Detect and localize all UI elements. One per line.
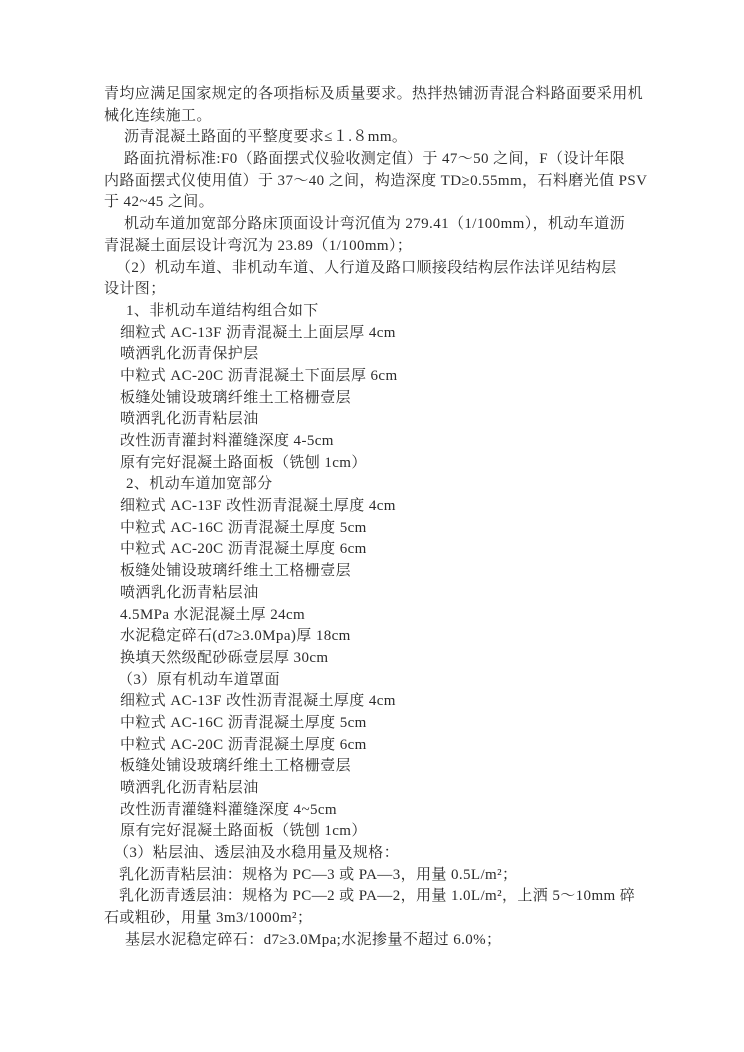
document-line: 喷洒乳化沥青粘层油: [104, 778, 660, 800]
document-line: 械化连续施工。: [104, 106, 660, 128]
document-line: 青均应满足国家规定的各项指标及质量要求。热拌热铺沥青混合料路面要采用机: [104, 84, 660, 106]
document-line: 换填天然级配砂砾壹层厚 30cm: [104, 648, 660, 670]
document-line: 喷洒乳化沥青粘层油: [104, 583, 660, 605]
document-line: 于 42~45 之间。: [104, 192, 660, 214]
document-line: （3）粘层油、透层油及水稳用量及规格：: [104, 843, 660, 865]
document-line: 路面抗滑标准:F0（路面摆式仪验收测定值）于 47～50 之间，F（设计年限: [104, 149, 660, 171]
document-line: 水泥稳定碎石(d7≥3.0Mpa)厚 18cm: [104, 626, 660, 648]
document-line: 中粒式 AC-16C 沥青混凝土厚度 5cm: [104, 713, 660, 735]
document-line: 板缝处铺设玻璃纤维土工格栅壹层: [104, 756, 660, 778]
document-line: 内路面摆式仪使用值）于 37～40 之间，构造深度 TD≥0.55mm，石料磨光…: [104, 171, 660, 193]
document-line: 乳化沥青透层油：规格为 PC—2 或 PA—2，用量 1.0L/m²，上洒 5～…: [104, 886, 660, 908]
document-line: 设计图；: [104, 279, 660, 301]
document-line: 机动车道加宽部分路床顶面设计弯沉值为 279.41（1/100mm），机动车道沥: [104, 214, 660, 236]
document-line: 原有完好混凝土路面板（铣刨 1cm）: [104, 821, 660, 843]
document-line: 中粒式 AC-20C 沥青混凝土厚度 6cm: [104, 539, 660, 561]
document-line: 中粒式 AC-20C 沥青混凝土下面层厚 6cm: [104, 366, 660, 388]
document-line: 细粒式 AC-13F 沥青混凝土上面层厚 4cm: [104, 323, 660, 345]
document-line: 4.5MPa 水泥混凝土厚 24cm: [104, 605, 660, 627]
document-line: 青混凝土面层设计弯沉为 23.89（1/100mm）；: [104, 236, 660, 258]
document-line: 基层水泥稳定碎石：d7≥3.0Mpa;水泥掺量不超过 6.0%；: [104, 930, 660, 952]
document-line: 改性沥青灌缝料灌缝深度 4~5cm: [104, 800, 660, 822]
document-page: 青均应满足国家规定的各项指标及质量要求。热拌热铺沥青混合料路面要采用机械化连续施…: [0, 0, 744, 1052]
document-line: 细粒式 AC-13F 改性沥青混凝土厚度 4cm: [104, 496, 660, 518]
document-line: 喷洒乳化沥青粘层油: [104, 409, 660, 431]
document-line: （2）机动车道、非机动车道、人行道及路口顺接段结构层作法详见结构层: [104, 258, 660, 280]
document-line: 原有完好混凝土路面板（铣刨 1cm）: [104, 453, 660, 475]
document-line: 石或粗砂，用量 3m3/1000m²；: [104, 908, 660, 930]
document-line: 2、机动车道加宽部分: [104, 474, 660, 496]
document-line: （3）原有机动车道罩面: [104, 670, 660, 692]
document-line: 改性沥青灌封料灌缝深度 4-5cm: [104, 431, 660, 453]
document-line: 细粒式 AC-13F 改性沥青混凝土厚度 4cm: [104, 691, 660, 713]
document-line: 沥青混凝土路面的平整度要求≤１.８mm。: [104, 127, 660, 149]
document-body: 青均应满足国家规定的各项指标及质量要求。热拌热铺沥青混合料路面要采用机械化连续施…: [104, 84, 660, 952]
document-line: 中粒式 AC-16C 沥青混凝土厚度 5cm: [104, 518, 660, 540]
document-line: 1、非机动车道结构组合如下: [104, 301, 660, 323]
document-line: 板缝处铺设玻璃纤维土工格栅壹层: [104, 561, 660, 583]
document-line: 板缝处铺设玻璃纤维土工格栅壹层: [104, 388, 660, 410]
document-line: 中粒式 AC-20C 沥青混凝土厚度 6cm: [104, 735, 660, 757]
document-line: 乳化沥青粘层油：规格为 PC—3 或 PA—3，用量 0.5L/m²；: [104, 865, 660, 887]
document-line: 喷洒乳化沥青保护层: [104, 344, 660, 366]
